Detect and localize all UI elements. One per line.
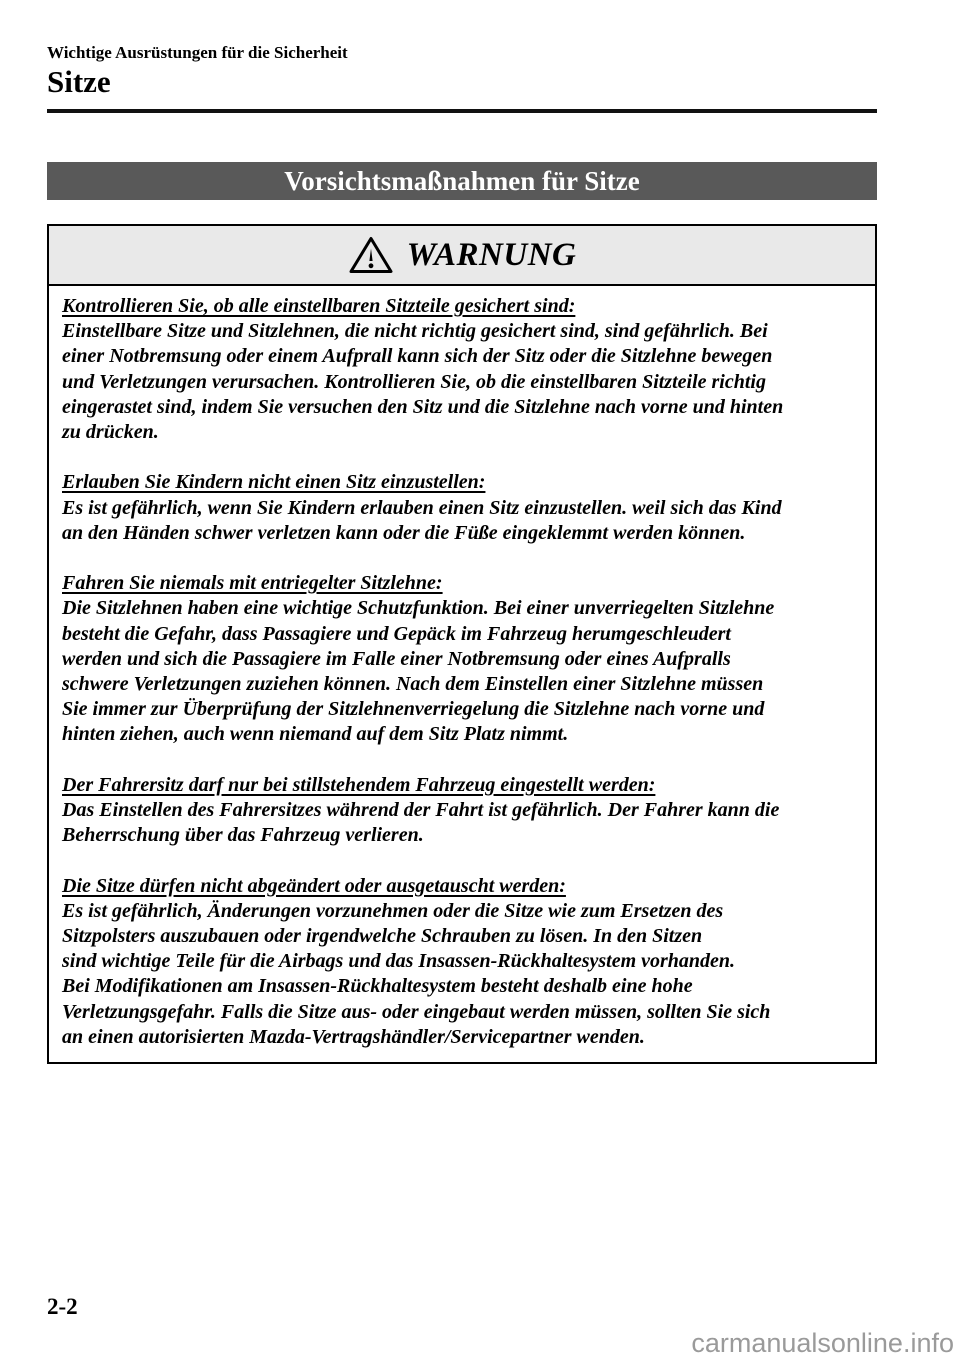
watermark: carmanualsonline.info <box>691 1328 954 1359</box>
warning-paragraph: Der Fahrersitz darf nur bei stillstehend… <box>62 773 862 849</box>
warning-paragraph-heading: Kontrollieren Sie, ob alle einstellbaren… <box>62 294 862 319</box>
warning-paragraph-heading: Die Sitze dürfen nicht abgeändert oder a… <box>62 874 862 899</box>
warning-box-header: WARNUNG <box>49 226 875 286</box>
warning-paragraph: Kontrollieren Sie, ob alle einstellbaren… <box>62 294 862 445</box>
warning-paragraph-body: Es ist gefährlich, Änderungen vorzunehme… <box>62 899 862 1050</box>
page-content: Wichtige Ausrüstungen für die Sicherheit… <box>47 0 877 1064</box>
section-banner: Vorsichtsmaßnahmen für Sitze <box>47 162 877 200</box>
warning-paragraph-body: Einstellbare Sitze und Sitzlehnen, die n… <box>62 319 862 445</box>
warning-paragraphs: Kontrollieren Sie, ob alle einstellbaren… <box>49 286 875 1062</box>
warning-paragraph: Fahren Sie niemals mit entriegelter Sitz… <box>62 571 862 747</box>
warning-paragraph-heading: Erlauben Sie Kindern nicht einen Sitz ei… <box>62 470 862 495</box>
warning-paragraph-heading: Der Fahrersitz darf nur bei stillstehend… <box>62 773 862 798</box>
page-number: 2-2 <box>47 1294 78 1320</box>
warning-paragraph-body: Die Sitzlehnen haben eine wichtige Schut… <box>62 596 862 747</box>
header-rule <box>47 109 877 113</box>
warning-paragraph: Die Sitze dürfen nicht abgeändert oder a… <box>62 874 862 1050</box>
chapter-title: Sitze <box>47 65 877 99</box>
warning-paragraph-body: Das Einstellen des Fahrersitzes während … <box>62 798 862 848</box>
warning-box-title: WARNUNG <box>407 237 577 274</box>
section-eyebrow: Wichtige Ausrüstungen für die Sicherheit <box>47 0 877 62</box>
warning-triangle-icon <box>348 235 394 275</box>
warning-paragraph: Erlauben Sie Kindern nicht einen Sitz ei… <box>62 470 862 546</box>
warning-paragraph-body: Es ist gefährlich, wenn Sie Kindern erla… <box>62 496 862 546</box>
warning-paragraph-heading: Fahren Sie niemals mit entriegelter Sitz… <box>62 571 862 596</box>
warning-box: WARNUNG Kontrollieren Sie, ob alle einst… <box>47 224 877 1064</box>
